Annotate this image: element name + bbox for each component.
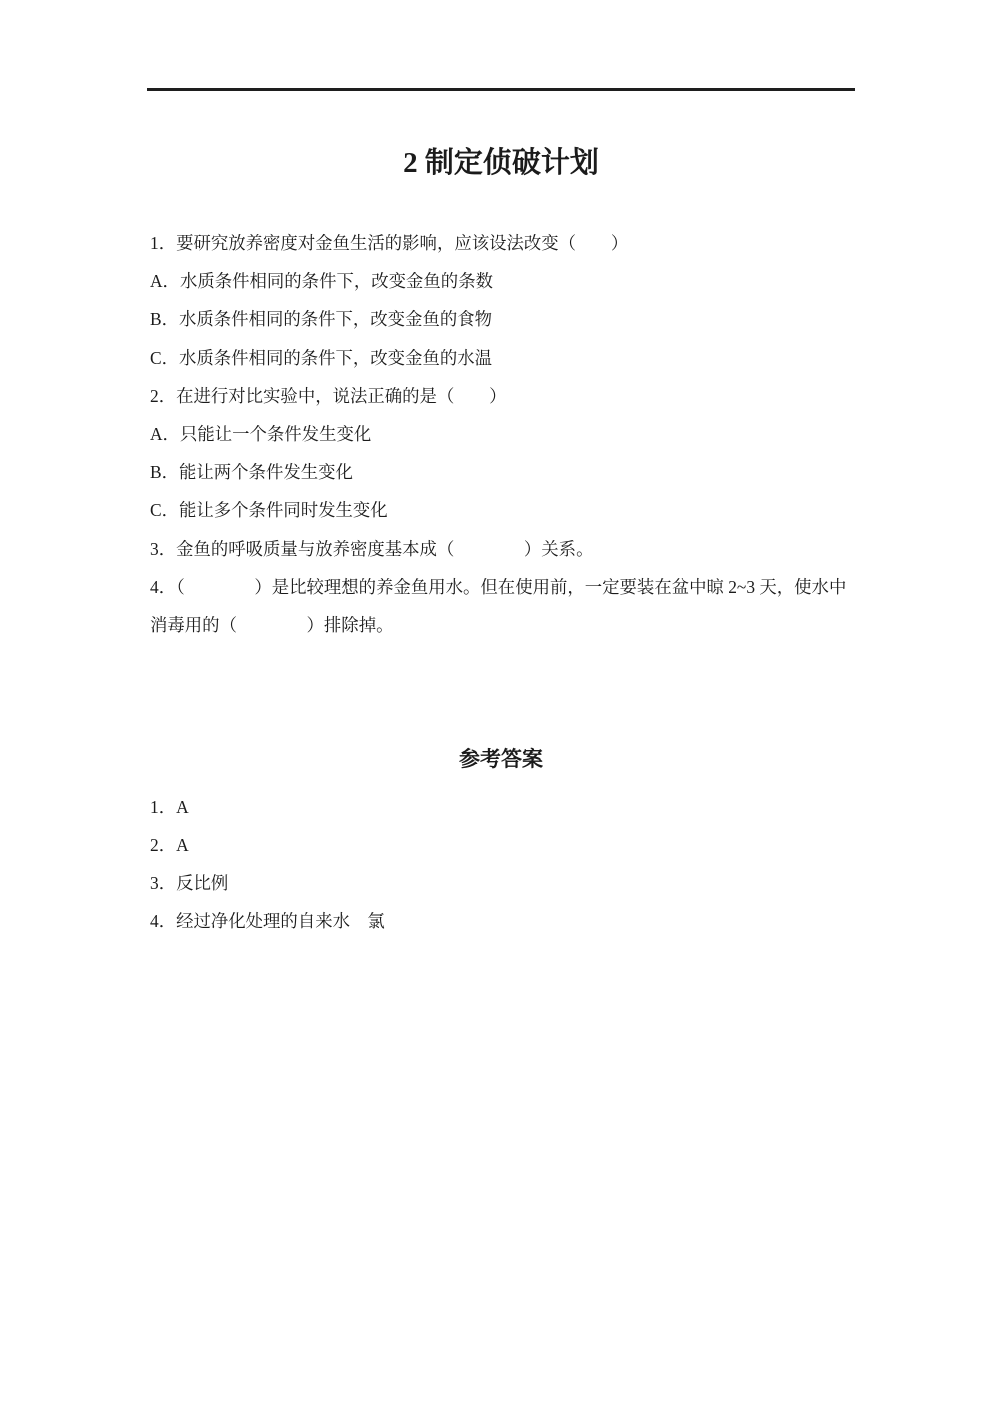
questions-section: 1．要研究放养密度对金鱼生活的影响，应该设法改变（ ） A．水质条件相同的条件下… [150, 224, 860, 644]
question-4-line-1: 4．（ ）是比较理想的养金鱼用水。但在使用前，一定要装在盆中晾 2~3 天，使水… [150, 568, 860, 606]
question-1: 1．要研究放养密度对金鱼生活的影响，应该设法改变（ ） [150, 224, 860, 262]
answer-2: 2．A [150, 826, 860, 864]
document-title: 2 制定侦破计划 [147, 140, 855, 186]
worksheet-page: 2 制定侦破计划 1．要研究放养密度对金鱼生活的影响，应该设法改变（ ） A．水… [0, 0, 1000, 1415]
answers-heading: 参考答案 [147, 741, 855, 777]
answer-1: 1．A [150, 788, 860, 826]
answer-4: 4．经过净化处理的自来水 氯 [150, 902, 860, 940]
question-2-option-a: A．只能让一个条件发生变化 [150, 415, 860, 453]
question-1-option-a: A．水质条件相同的条件下，改变金鱼的条数 [150, 262, 860, 300]
header-rule [147, 88, 855, 91]
question-2-option-c: C．能让多个条件同时发生变化 [150, 491, 860, 529]
question-4-line-2: 消毒用的（ ）排除掉。 [150, 606, 860, 644]
question-1-option-b: B．水质条件相同的条件下，改变金鱼的食物 [150, 300, 860, 338]
answer-3: 3．反比例 [150, 864, 860, 902]
question-2-option-b: B．能让两个条件发生变化 [150, 453, 860, 491]
question-2: 2．在进行对比实验中，说法正确的是（ ） [150, 377, 860, 415]
answers-section: 1．A 2．A 3．反比例 4．经过净化处理的自来水 氯 [150, 788, 860, 940]
question-1-option-c: C．水质条件相同的条件下，改变金鱼的水温 [150, 339, 860, 377]
question-3: 3．金鱼的呼吸质量与放养密度基本成（ ）关系。 [150, 530, 860, 568]
